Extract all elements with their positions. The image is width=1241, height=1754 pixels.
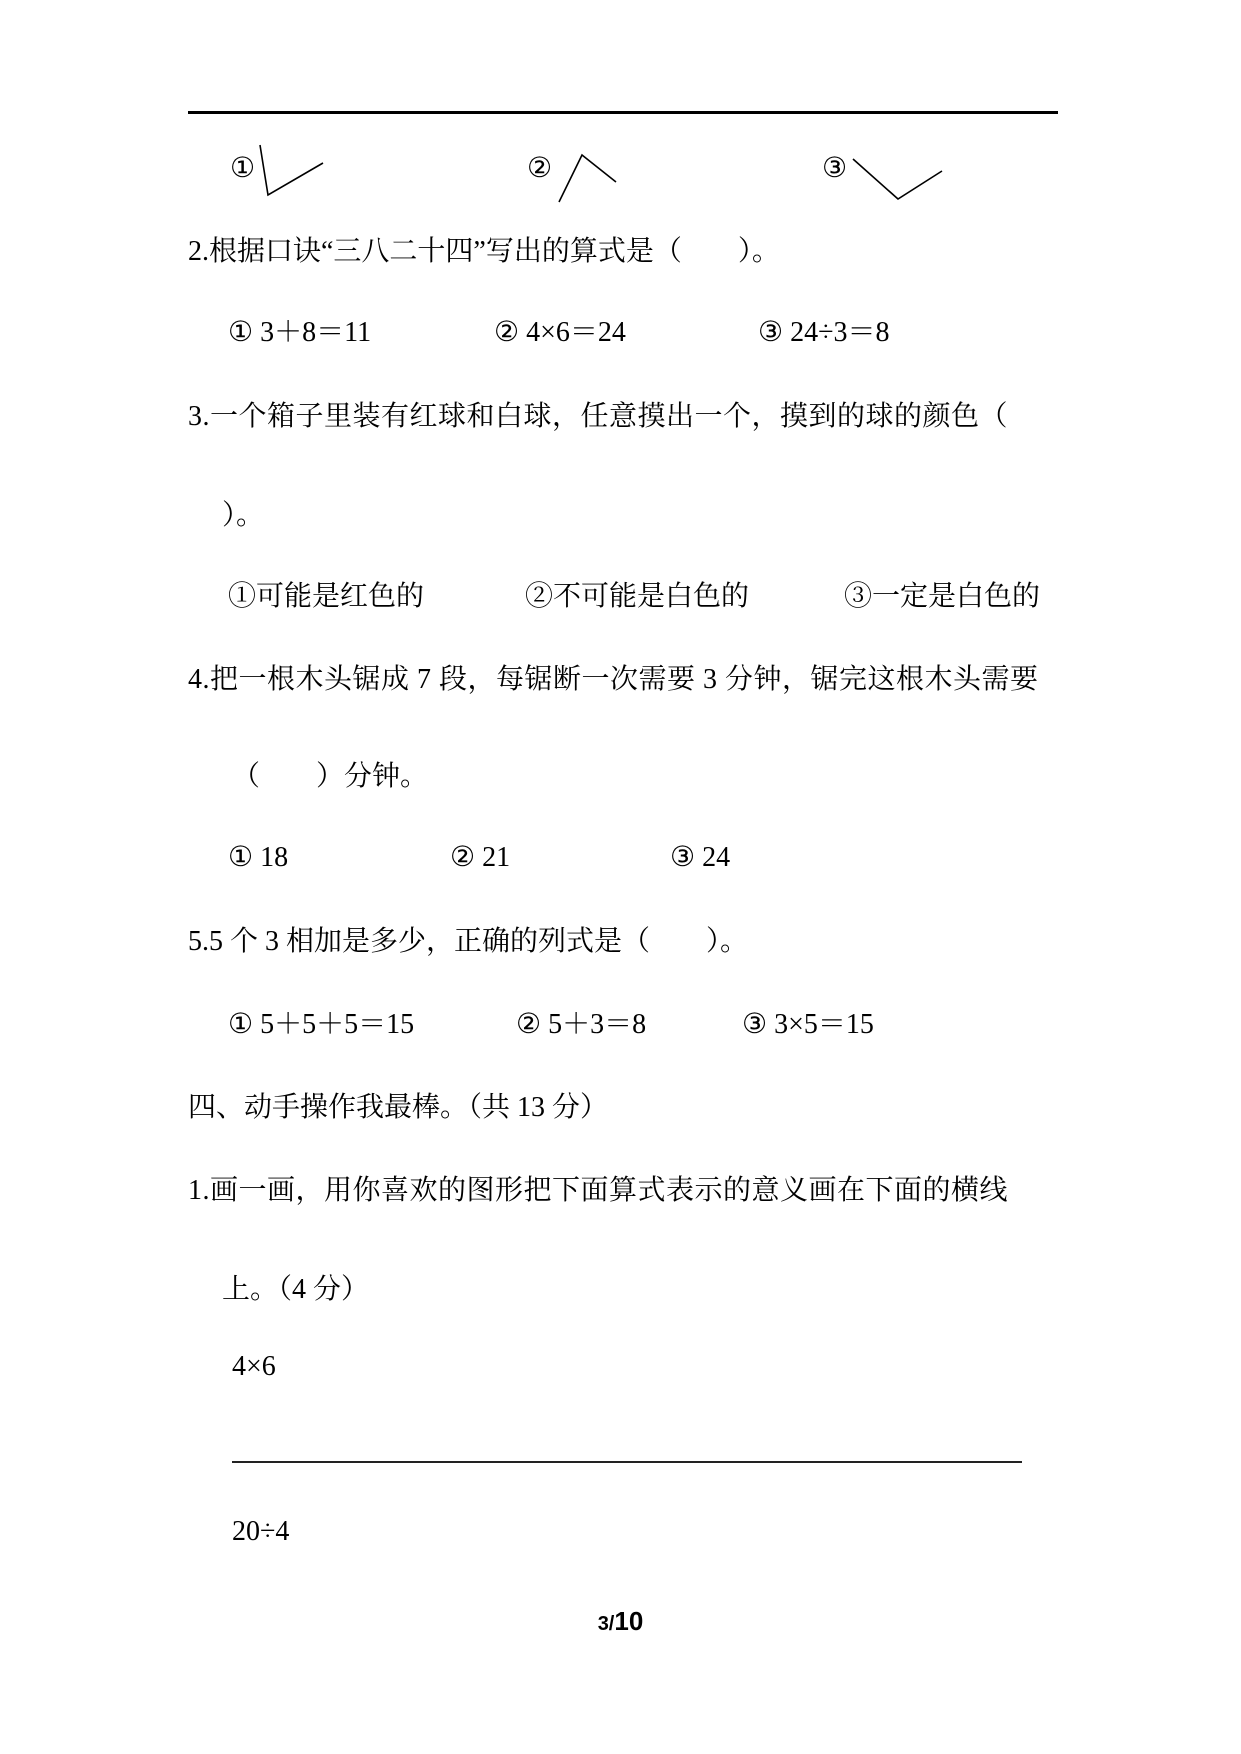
option-2: ② 4×6＝24: [494, 316, 626, 350]
expression-1: 4×6: [232, 1350, 276, 1384]
page-number: 3/10: [0, 1606, 1241, 1637]
option-3: ③ 3×5＝15: [742, 1008, 874, 1042]
option-1: ① 5＋5＋5＝15: [228, 1008, 414, 1042]
option-2: ②不可能是白色的: [525, 580, 749, 614]
option-label: ②: [527, 152, 552, 186]
question-text: 2.根据口诀“三八二十四”写出的算式是（ ）。: [188, 235, 780, 269]
option-3: ③一定是白色的: [844, 580, 1040, 614]
page-current: 3/: [598, 1613, 615, 1635]
question-text-cont: （ ）分钟。: [232, 760, 428, 794]
option-1: ①可能是红色的: [228, 580, 424, 614]
option-2: ② 5＋3＝8: [516, 1008, 646, 1042]
angle-icon: [255, 143, 335, 203]
question-text: 3.一个箱子里装有红球和白球，任意摸出一个，摸到的球的颜色（: [188, 400, 1008, 434]
section-title: 四、动手操作我最棒。（共 13 分）: [188, 1091, 608, 1125]
angle-icon: [850, 155, 950, 205]
question-text-cont: 上。（4 分）: [222, 1273, 369, 1307]
answer-line[interactable]: [232, 1461, 1022, 1463]
expression-2: 20÷4: [232, 1515, 289, 1549]
question-text: 1.画一画，用你喜欢的图形把下面算式表示的意义画在下面的横线: [188, 1174, 1008, 1208]
question-text: 5.5 个 3 相加是多少，正确的列式是（ ）。: [188, 925, 748, 959]
angle-icon: [556, 150, 626, 205]
option-1: ① 18: [228, 841, 288, 875]
option-label: ③: [822, 152, 847, 186]
question-text: 4.把一根木头锯成 7 段，每锯断一次需要 3 分钟，锯完这根木头需要: [188, 663, 1039, 697]
option-3: ③ 24÷3＝8: [758, 316, 889, 350]
header-rule: [188, 111, 1058, 114]
option-label: ①: [230, 152, 255, 186]
page-total: 10: [614, 1606, 643, 1636]
question-text-cont: ）。: [222, 499, 264, 533]
option-3: ③ 24: [670, 841, 730, 875]
option-1: ① 3＋8＝11: [228, 316, 371, 350]
option-2: ② 21: [450, 841, 510, 875]
